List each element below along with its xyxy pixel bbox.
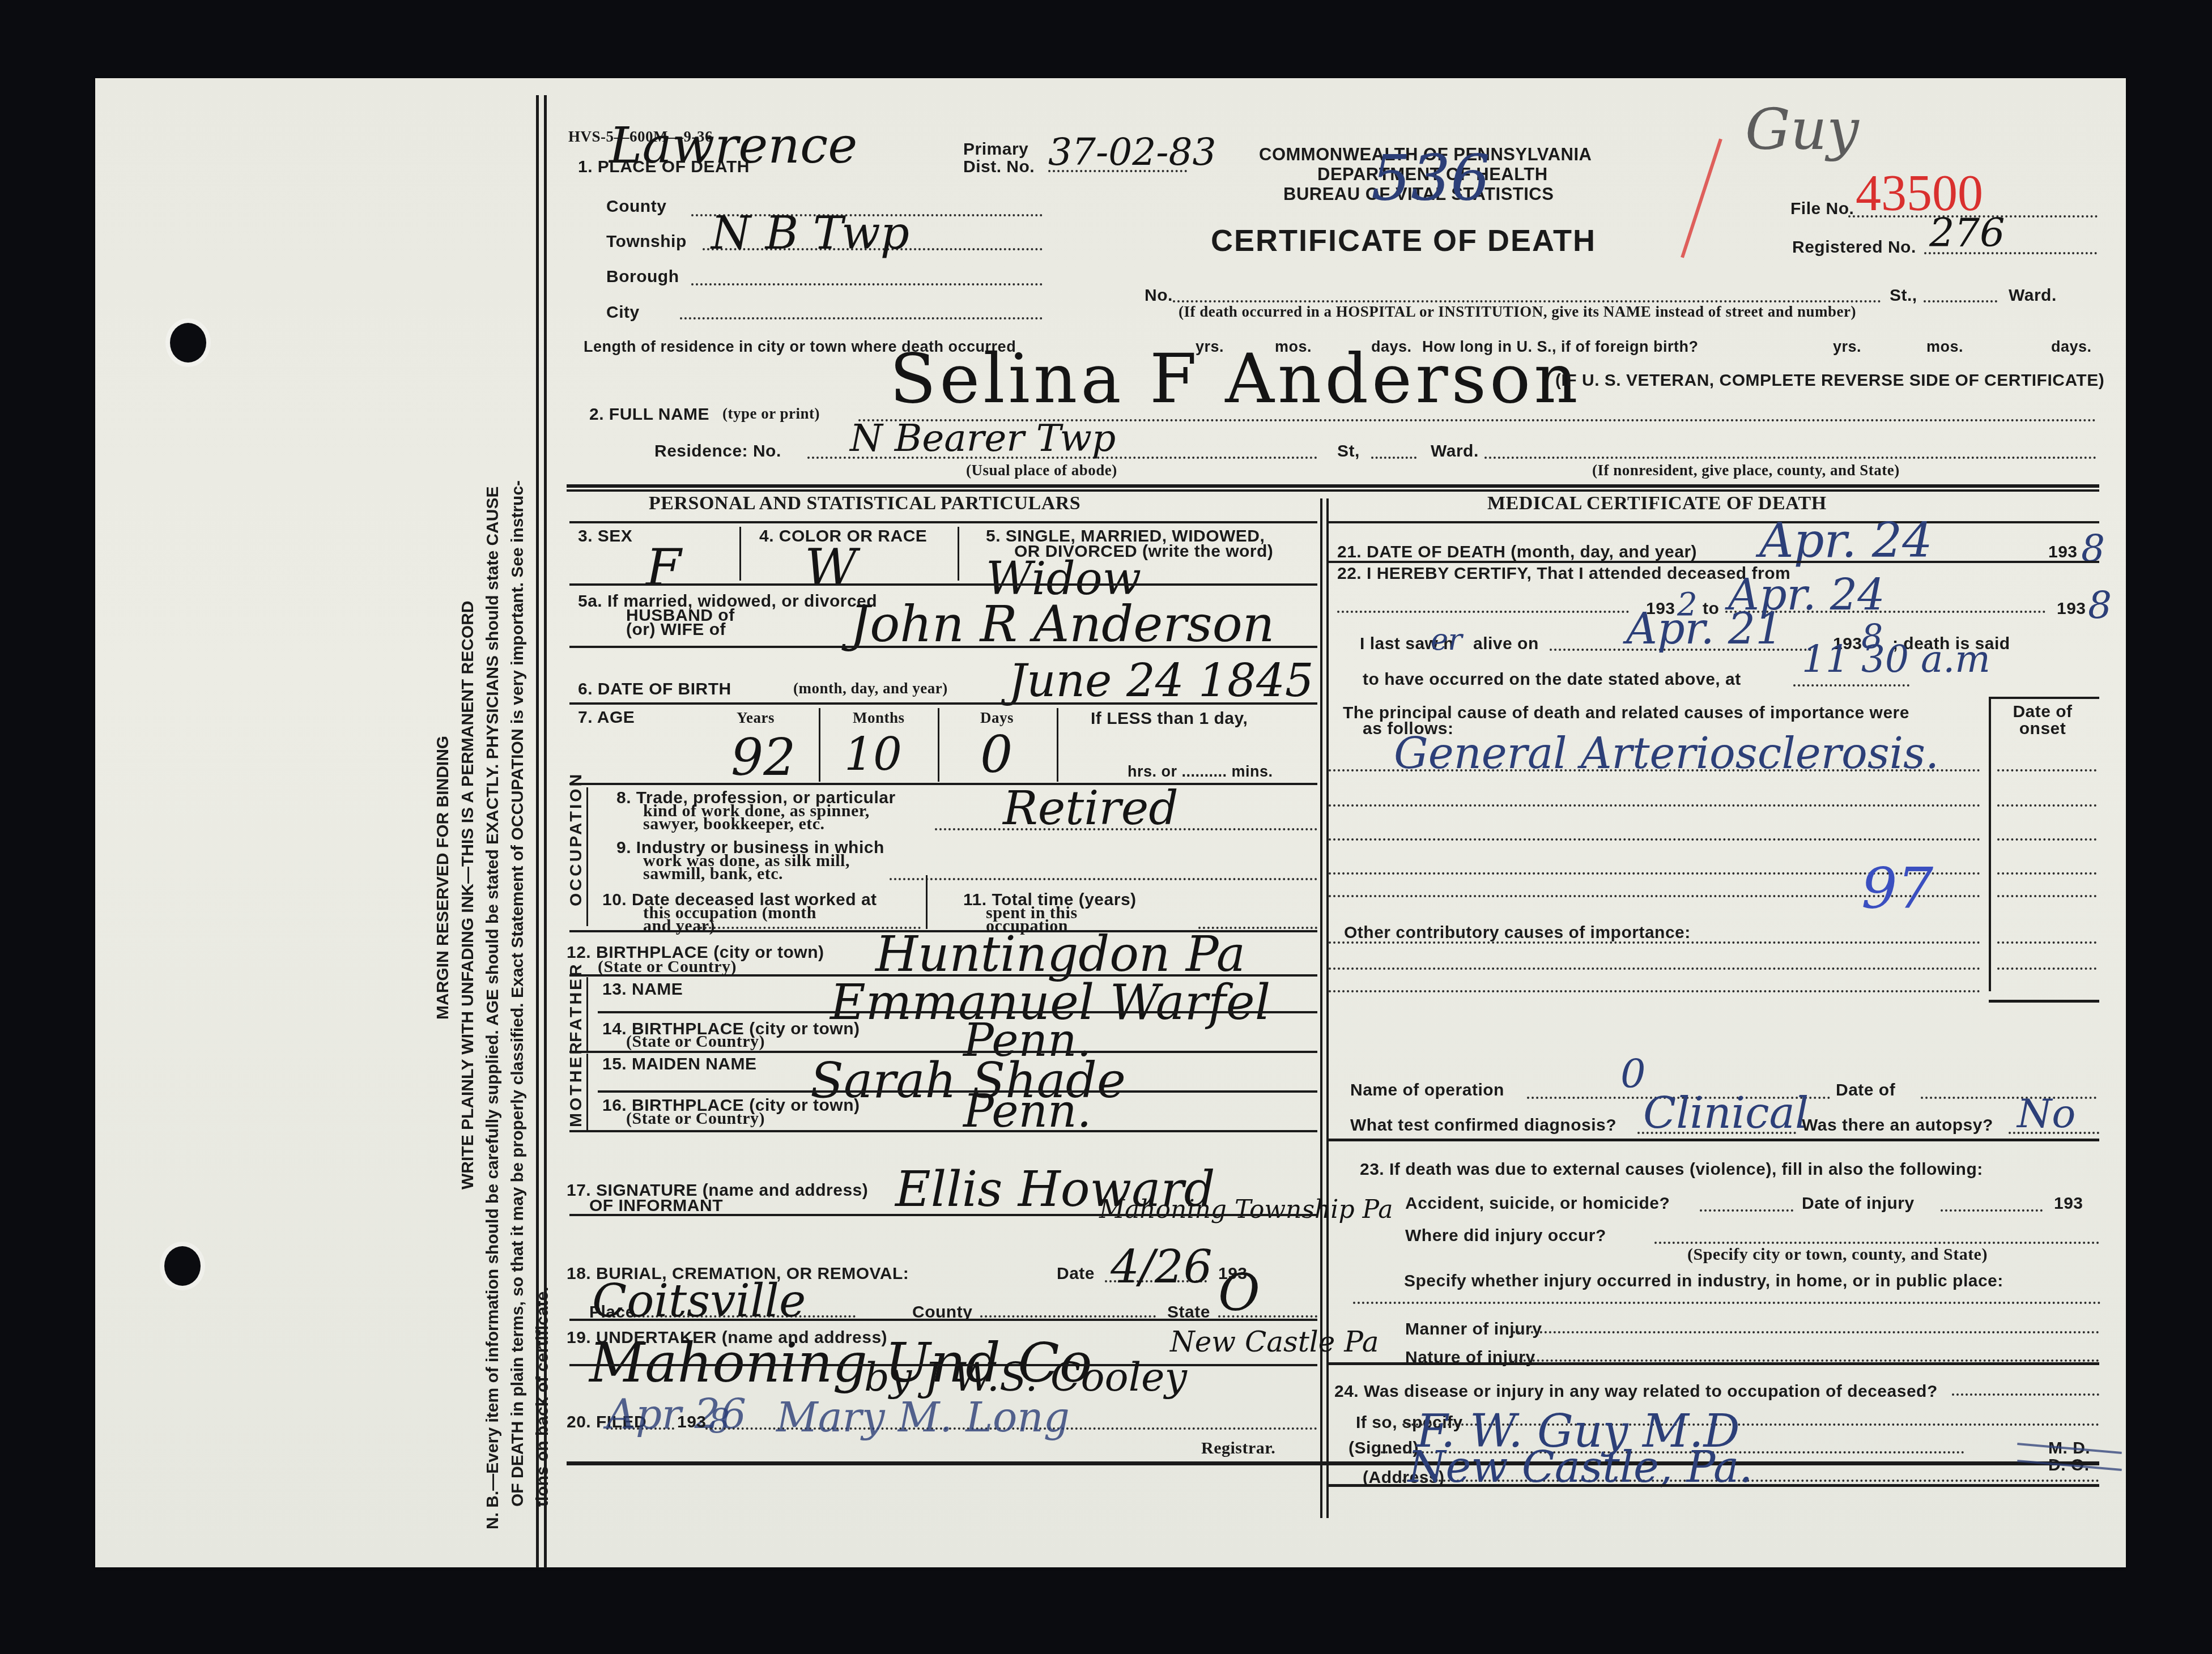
cause-code-annotation: 97	[1861, 855, 1933, 922]
occupation-side-label: OCCUPATION	[567, 772, 586, 906]
center-divider-right	[1326, 498, 1329, 1518]
specify-line	[1353, 1302, 2101, 1304]
personal-rule-10	[598, 1090, 1317, 1093]
onset-label: Date of onset	[2009, 704, 2077, 738]
primary-dist-value: 37-02-83	[1048, 130, 1216, 174]
margin-line-3: N. B.—Every item of information should b…	[480, 142, 505, 1529]
registrar-label: Registrar.	[1201, 1439, 1275, 1458]
personal-rule-4	[569, 702, 1317, 705]
dob-value: June 24 1845	[1009, 654, 1314, 707]
hole-punch-bottom	[164, 1246, 201, 1286]
street-no-line	[1173, 300, 1881, 302]
age-days-value: 0	[980, 725, 1013, 785]
father-bracket	[586, 977, 588, 1051]
father-birthplace-note: (State or Country)	[626, 1032, 765, 1051]
mother-side-label: MOTHER	[567, 1040, 586, 1127]
onset-line-6	[1997, 941, 2096, 944]
attended-to-year: 193	[2057, 599, 2086, 619]
industry-label-3: sawmill, bank, etc.	[643, 864, 783, 884]
onset-line-3	[1997, 838, 2096, 841]
time-line	[1793, 684, 1909, 687]
occurred-label: to have occurred on the date stated abov…	[1363, 670, 1741, 689]
onset-line-5	[1997, 895, 2096, 897]
sex-race-divider	[739, 527, 741, 581]
industry-line	[890, 878, 1317, 880]
city-label: City	[606, 303, 640, 322]
medical-rule-1	[1329, 521, 2099, 523]
mother-name-label: 15. MAIDEN NAME	[602, 1055, 757, 1074]
foreign-days: days.	[2051, 338, 2092, 356]
sex-value: F	[646, 538, 681, 598]
onset-line-2	[1997, 804, 2096, 807]
filed-year-prefix: 193	[677, 1413, 707, 1432]
onset-column-rule	[1989, 697, 1991, 991]
filed-year-suffix: 8	[708, 1402, 730, 1442]
cause-line-3	[1329, 838, 1980, 841]
injury-year: 193	[2054, 1194, 2083, 1213]
occupation-related-line	[1952, 1393, 2099, 1396]
father-side-label: FATHER	[567, 962, 586, 1042]
medical-rule-3	[1329, 1139, 2099, 1141]
personal-rule-12	[569, 1214, 1317, 1216]
medical-header: MEDICAL CERTIFICATE OF DEATH	[1487, 493, 1827, 514]
contributory-line-3	[1329, 990, 1980, 992]
margin-line-2: WRITE PLAINLY WITH UNFADING INK—THIS IS …	[456, 142, 480, 1529]
no-label: No.	[1145, 286, 1173, 305]
race-marital-divider	[958, 527, 959, 581]
burial-state-value: O	[1218, 1263, 1260, 1323]
less-than-day-label: If LESS than 1 day,	[1091, 709, 1248, 728]
time-value: 11 30 a.m	[1802, 637, 1990, 681]
attended-to-suffix: 8	[2088, 583, 2112, 627]
dod-value: Apr. 24	[1759, 513, 1933, 568]
last-saw-label-2: alive on	[1473, 634, 1539, 654]
operation-value: 0	[1620, 1051, 1646, 1097]
trade-value: Retired	[1003, 782, 1179, 835]
age-days-label: Days	[980, 709, 1014, 727]
township-label: Township	[606, 232, 687, 251]
borough-line	[691, 283, 1043, 285]
onset-line-4	[1997, 872, 2096, 875]
section-rule-top	[567, 484, 2099, 488]
section-rule-bottom	[567, 489, 2099, 492]
last-worked-label-3: and year)	[643, 916, 715, 936]
certificate-title: CERTIFICATE OF DEATH	[1211, 223, 1596, 258]
personal-header: PERSONAL AND STATISTICAL PARTICULARS	[649, 493, 1081, 514]
occupation-bracket	[586, 787, 588, 926]
registered-no-value: 276	[1929, 210, 2005, 256]
where-line	[1654, 1242, 2099, 1244]
operation-label: Name of operation	[1350, 1081, 1504, 1100]
accident-line	[1700, 1209, 1793, 1212]
external-label: 23. If death was due to external causes …	[1360, 1160, 1983, 1179]
personal-rule-8	[598, 1011, 1317, 1013]
ward-label: Ward.	[2009, 286, 2057, 305]
race-value: W	[805, 538, 857, 598]
center-divider-left	[1320, 498, 1322, 1518]
veteran-note: (IF U. S. VETERAN, COMPLETE REVERSE SIDE…	[1555, 371, 2104, 390]
autopsy-value: No	[2017, 1090, 2075, 1137]
manner-label: Manner of injury	[1405, 1320, 1542, 1339]
bottom-rule	[567, 1461, 2099, 1465]
birthplace-note: (State or Country)	[598, 957, 737, 977]
last-saw-her: er	[1431, 623, 1462, 657]
spouse-label-3: (or) WIFE of	[626, 620, 726, 640]
personal-rule-11	[569, 1130, 1317, 1132]
medical-rule-5	[1329, 1484, 2099, 1487]
medical-rule-2	[1329, 561, 2099, 563]
usual-abode-note: (Usual place of abode)	[966, 462, 1117, 479]
age-years-value: 92	[731, 728, 796, 787]
hospital-note: (If death occurred in a HOSPITAL or INST…	[1179, 303, 1856, 321]
residence-ward-label: Ward.	[1431, 442, 1479, 461]
operation-date-label: Date of	[1836, 1081, 1895, 1100]
hrs-mins-label: hrs. or .......... mins.	[1128, 763, 1273, 781]
primary-label-2: Dist. No.	[963, 157, 1035, 177]
registrar-value: Mary M. Long	[776, 1393, 1070, 1441]
burial-date-label: Date	[1057, 1264, 1095, 1284]
city-line	[680, 317, 1043, 319]
residence-value: N Bearer Twp	[850, 416, 1116, 460]
township-value: N B Twp	[711, 207, 909, 259]
attended-from-line	[1337, 611, 1629, 613]
personal-rule-5	[569, 783, 1317, 785]
where-note: (Specify city or town, county, and State…	[1687, 1245, 1988, 1264]
father-name-label: 13. NAME	[602, 980, 683, 999]
dob-label: 6. DATE OF BIRTH	[578, 680, 731, 699]
foreign-yrs: yrs.	[1833, 338, 1861, 356]
accident-label: Accident, suicide, or homicide?	[1405, 1194, 1670, 1213]
dob-note: (month, day, and year)	[793, 680, 948, 697]
undertaker-address: New Castle Pa	[1170, 1325, 1379, 1358]
dod-year-suffix: 8	[2081, 527, 2105, 570]
residence-ward-line	[1484, 457, 2096, 459]
cause-line-2	[1329, 804, 1980, 807]
burial-date-value: 4/26	[1111, 1240, 1213, 1293]
st-label: St.,	[1890, 286, 1917, 305]
burial-county-line	[980, 1315, 1156, 1318]
onset-line-7	[1997, 967, 2096, 970]
onset-bottom-rule	[1989, 1000, 2099, 1003]
age-divider-3	[1057, 708, 1058, 782]
last-saw-value: Apr. 21	[1626, 603, 1783, 654]
binding-rule-left	[536, 95, 539, 1568]
dod-label: 21. DATE OF DEATH (month, day, and year)	[1337, 543, 1697, 562]
onset-line-1	[1997, 769, 2096, 771]
cause-line-1	[1329, 769, 1980, 771]
personal-rule-3	[569, 646, 1317, 648]
autopsy-label: Was there an autopsy?	[1802, 1116, 1993, 1135]
full-name-value: Selina F Anderson	[890, 340, 1581, 419]
full-name-note: (type or print)	[722, 405, 820, 423]
specify-label: Specify whether injury occurred in indus…	[1404, 1272, 2003, 1291]
borough-label: Borough	[606, 267, 679, 287]
residence-st-line	[1371, 457, 1416, 459]
margin-line-5: tions on back of certificate.	[530, 142, 555, 1529]
file-no-label: File No.	[1790, 199, 1854, 219]
ward-line	[1924, 300, 1997, 302]
trade-label-3: sawyer, bookkeeper, etc.	[643, 815, 825, 834]
blue-annotation: 536	[1371, 142, 1490, 214]
county-label: County	[606, 197, 666, 216]
medical-rule-4	[1329, 1362, 2099, 1365]
age-years-label: Years	[737, 709, 775, 727]
manner-line	[1513, 1331, 2099, 1333]
age-months-label: Months	[853, 709, 905, 727]
nature-line	[1510, 1359, 2099, 1362]
occupation-related-label: 24. Was disease or injury in any way rel…	[1334, 1382, 1938, 1401]
where-label: Where did injury occur?	[1405, 1226, 1606, 1246]
injury-date-line	[1941, 1209, 2043, 1212]
sex-label: 3. SEX	[578, 527, 632, 546]
onset-top-rule	[1989, 697, 2099, 699]
contributory-label: Other contributory causes of importance:	[1344, 923, 1691, 943]
full-name-label: 2. FULL NAME	[589, 405, 709, 424]
contributory-line-1	[1329, 941, 1980, 944]
nonresident-note: (If nonresident, give place, county, and…	[1592, 462, 1900, 479]
personal-rule-1	[569, 521, 1317, 523]
occupation-divider	[926, 875, 928, 929]
registered-no-label: Registered No.	[1792, 238, 1916, 257]
residence-st-label: St,	[1337, 442, 1360, 461]
mother-bracket	[586, 1054, 588, 1130]
age-divider-1	[819, 708, 820, 782]
county-value: Lawrence	[609, 116, 857, 174]
foreign-mos: mos.	[1926, 338, 1963, 356]
dod-year-prefix: 193	[2048, 543, 2078, 562]
diagnosis-label: What test confirmed diagnosis?	[1350, 1116, 1617, 1135]
certify-label: 22. I HEREBY CERTIFY, That I attended de…	[1337, 564, 1790, 583]
informant-address: Mahoning Township Pa	[1099, 1195, 1393, 1224]
margin-line-4: OF DEATH in plain terms, so that it may …	[505, 142, 530, 1529]
spouse-value: John R Anderson	[850, 595, 1274, 653]
residence-label: Residence: No.	[654, 442, 781, 461]
mother-birthplace-note: (State or Country)	[626, 1109, 765, 1128]
personal-rule-2	[569, 583, 1317, 586]
pencil-annotation: Guy	[1745, 96, 1859, 163]
age-divider-2	[938, 708, 939, 782]
primary-label-1: Primary	[963, 140, 1028, 159]
age-label: 7. AGE	[578, 708, 635, 727]
contributory-line-2	[1329, 967, 1980, 970]
informant-label-2: OF INFORMANT	[589, 1196, 723, 1216]
personal-rule-13	[569, 1319, 1317, 1321]
diagnosis-value: Clinical	[1643, 1088, 1809, 1138]
hole-punch-top	[170, 323, 206, 363]
margin-line-1: MARGIN RESERVED FOR BINDING	[431, 142, 456, 1529]
injury-date-label: Date of injury	[1802, 1194, 1915, 1213]
binding-rule-right	[544, 95, 547, 1568]
age-months-value: 10	[844, 728, 902, 781]
